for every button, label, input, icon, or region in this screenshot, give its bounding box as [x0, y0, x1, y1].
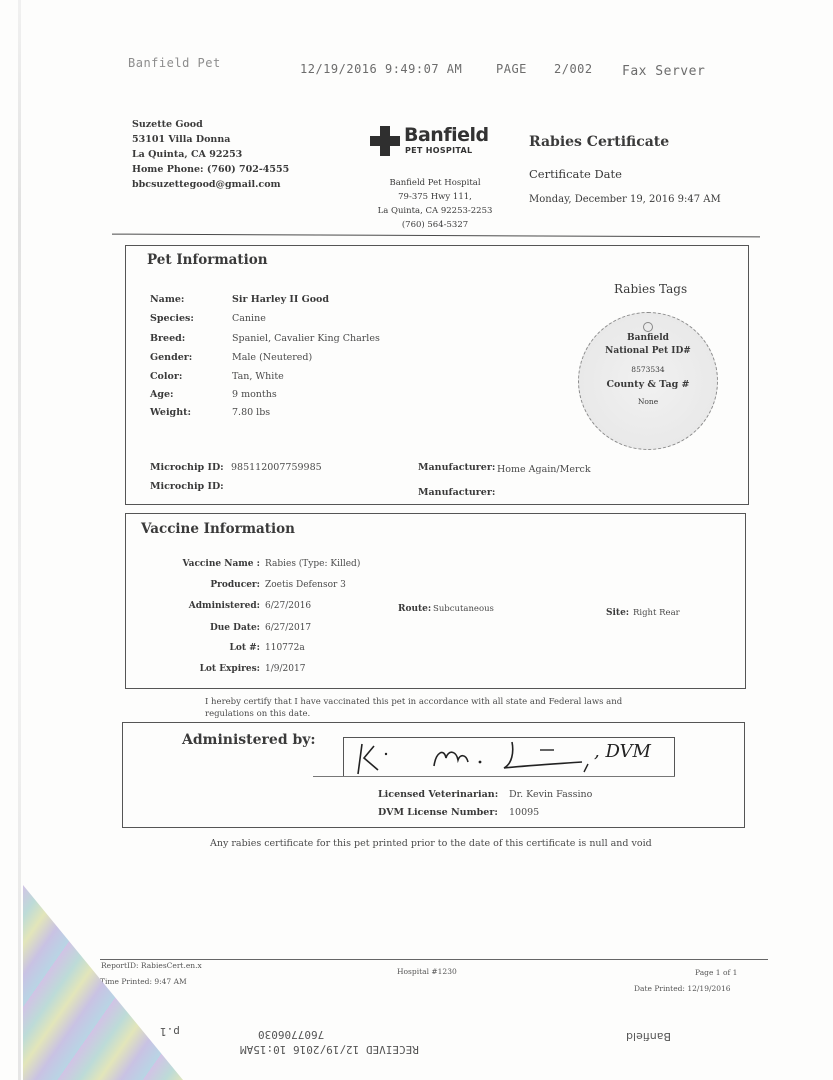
microchip-label: Microchip ID:	[150, 481, 224, 492]
vaccine-field-label-text: Lot Expires:	[200, 664, 260, 674]
vaccine-information-title: Vaccine Information	[141, 521, 295, 537]
pet-field-label: Breed:	[150, 333, 185, 344]
footer-date-printed: Date Printed: 12/19/2016	[634, 984, 731, 993]
pet-field-value: Spaniel, Cavalier King Charles	[232, 333, 380, 344]
footer-divider	[100, 959, 768, 960]
received-page: p.1	[160, 1025, 180, 1038]
manufacturer-label: Manufacturer:	[418, 487, 495, 498]
logo-brand: Banfield	[404, 124, 489, 146]
logo-sub: PET HOSPITAL	[405, 146, 472, 155]
certificate-date-label: Certificate Date	[529, 167, 622, 181]
fax-server: Fax Server	[622, 64, 705, 79]
pet-information-title: Pet Information	[147, 252, 268, 268]
microchip-value: 985112007759985	[231, 462, 322, 473]
rabies-tag: Banfield National Pet ID# 8573534 County…	[578, 312, 718, 450]
vaccine-field-label-text: Vaccine Name :	[182, 559, 260, 569]
microchip-label: Microchip ID:	[150, 462, 224, 473]
pet-field-label: Weight:	[150, 407, 191, 418]
vet-value: Dr. Kevin Fassino	[509, 789, 592, 800]
fax-sender: Banfield Pet	[128, 56, 221, 70]
pet-field-value: 7.80 lbs	[232, 407, 270, 418]
tag-brand: Banfield	[579, 333, 717, 343]
owner-phone: Home Phone: (760) 702-4555	[132, 162, 289, 177]
null-void-notice: Any rabies certificate for this pet prin…	[210, 838, 652, 849]
tag-county-value: None	[579, 397, 717, 406]
footer-page: Page 1 of 1	[695, 968, 737, 977]
vaccine-field-label-text: Lot #:	[230, 643, 261, 653]
received-sender: Banfield	[626, 1030, 671, 1043]
vaccine-field-value: 6/27/2016	[265, 601, 311, 611]
footer-time-printed: Time Printed: 9:47 AM	[100, 977, 187, 986]
vaccine-field-value: Rabies (Type: Killed)	[265, 559, 360, 569]
received-fax-number: 7607706030	[258, 1028, 324, 1041]
pet-field-value: 9 months	[232, 389, 277, 400]
tag-id-label: National Pet ID#	[579, 346, 717, 356]
pet-field-label: Species:	[150, 313, 194, 324]
footer-report-id: ReportID: RabiesCert.en.x	[101, 961, 202, 970]
vet-label: Licensed Veterinarian:	[378, 789, 498, 800]
vaccine-field-label-text: Producer:	[210, 580, 260, 590]
header-divider	[112, 234, 760, 238]
fax-timestamp: 12/19/2016 9:49:07 AM	[300, 62, 462, 76]
received-stamp: RECEIVED 12/19/2016 10:15AM	[240, 1043, 419, 1056]
certificate-date: Monday, December 19, 2016 9:47 AM	[529, 194, 721, 205]
pet-field-value: Male (Neutered)	[232, 352, 312, 363]
site-label: Site:	[606, 608, 629, 618]
pet-field-label: Color:	[150, 371, 182, 382]
certificate-title: Rabies Certificate	[529, 134, 669, 150]
owner-address2: La Quinta, CA 92253	[132, 147, 289, 162]
hospital-city: La Quinta, CA 92253-2253	[360, 204, 510, 218]
signature-box: , DVM	[343, 737, 675, 777]
tag-county-label: County & Tag #	[579, 379, 717, 390]
vaccine-field-label-text: Due Date:	[210, 623, 260, 633]
pet-field-label: Name:	[150, 294, 184, 305]
administered-by-label: Administered by:	[182, 732, 316, 748]
owner-name: Suzette Good	[132, 117, 289, 132]
route-value: Subcutaneous	[433, 604, 494, 614]
hospital-name: Banfield Pet Hospital	[360, 176, 510, 190]
vaccine-field-value: 6/27/2017	[265, 623, 311, 633]
fax-page-label: PAGE	[496, 62, 527, 76]
pet-field-value: Tan, White	[232, 371, 284, 382]
fax-header: Banfield Pet 12/19/2016 9:49:07 AM PAGE …	[128, 62, 728, 82]
pet-field-value: Sir Harley II Good	[232, 294, 329, 305]
owner-email: bbcsuzettegood@gmail.com	[132, 177, 289, 192]
owner-block: Suzette Good 53101 Villa Donna La Quinta…	[132, 117, 289, 192]
vaccine-field-value: 110772a	[265, 643, 305, 653]
signature-underline	[313, 776, 675, 777]
manufacturer-label: Manufacturer:	[418, 462, 495, 473]
rabies-tags-title: Rabies Tags	[614, 282, 687, 296]
tag-pet-id: 8573534	[579, 365, 717, 374]
license-value: 10095	[509, 807, 539, 818]
pet-field-label: Age:	[150, 389, 174, 400]
hospital-address: Banfield Pet Hospital 79-375 Hwy 111, La…	[360, 176, 510, 232]
pet-field-label: Gender:	[150, 352, 192, 363]
footer-hospital-no: Hospital #1230	[397, 967, 457, 976]
manufacturer-value: Home Again/Merck	[497, 464, 591, 475]
vaccine-field-value: Zoetis Defensor 3	[265, 580, 346, 590]
route-label: Route:	[398, 604, 431, 614]
owner-address1: 53101 Villa Donna	[132, 132, 289, 147]
license-label: DVM License Number:	[378, 807, 498, 818]
tag-ring-icon	[643, 322, 653, 332]
banfield-logo: Banfield PET HOSPITAL	[370, 126, 480, 158]
signature-suffix: , DVM	[594, 741, 651, 762]
hospital-phone: (760) 564-5327	[360, 218, 510, 232]
banfield-cross-dog-icon	[370, 126, 400, 156]
fax-page-value: 2/002	[554, 62, 593, 76]
pet-field-value: Canine	[232, 313, 266, 324]
certification-statement: I hereby certify that I have vaccinated …	[205, 696, 645, 720]
vaccine-field-label-text: Administered:	[189, 601, 260, 611]
site-value: Right Rear	[633, 608, 680, 618]
vaccine-field-value: 1/9/2017	[265, 664, 305, 674]
hospital-street: 79-375 Hwy 111,	[360, 190, 510, 204]
scan-edge-artifact	[18, 0, 21, 1080]
